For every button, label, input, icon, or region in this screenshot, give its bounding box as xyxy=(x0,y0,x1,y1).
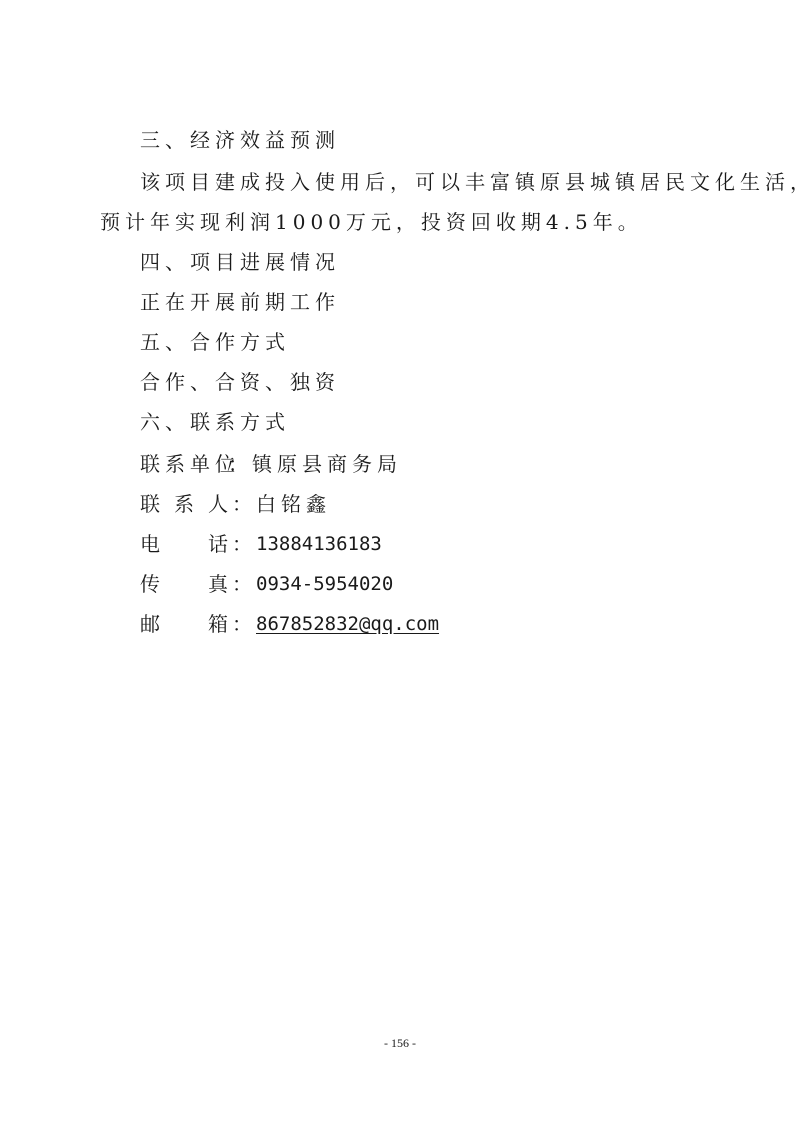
contact-phone-value: 13884136183 xyxy=(256,532,382,556)
contact-email-row: 邮 箱 ： 867852832@qq.com xyxy=(140,612,439,636)
contact-phone-label: 电 话 xyxy=(140,532,228,556)
economic-benefit-text-line1: 该项目建成投入使用后，可以丰富镇原县城镇居民文化生活， xyxy=(140,170,800,194)
economic-benefit-text-line2: 预计年实现利润1000万元，投资回收期4.5年。 xyxy=(100,210,643,234)
colon: ： xyxy=(232,492,248,516)
label-char: 箱 xyxy=(208,612,228,636)
label-char: 联 xyxy=(140,492,160,516)
section-heading-cooperation: 五、合作方式 xyxy=(140,330,290,354)
contact-unit-row: 联系单位 ： 镇原县商务局 xyxy=(140,452,402,476)
page-number: - 156 - xyxy=(0,1036,800,1051)
label-char: 话 xyxy=(208,532,228,556)
label-char: 电 xyxy=(140,532,160,556)
section-heading-contact: 六、联系方式 xyxy=(140,410,290,434)
label-char: 系 xyxy=(174,492,194,516)
contact-fax-label: 传 真 xyxy=(140,572,228,596)
contact-person-row: 联 系 人 ： 白铭鑫 xyxy=(140,492,331,516)
label-char: 邮 xyxy=(140,612,160,636)
section-heading-progress: 四、项目进展情况 xyxy=(140,250,340,274)
colon: ： xyxy=(228,452,244,476)
colon: ： xyxy=(232,612,248,636)
label-char: 真 xyxy=(208,572,228,596)
section-heading-economic-benefit: 三、经济效益预测 xyxy=(140,128,340,152)
contact-person-label: 联 系 人 xyxy=(140,492,228,516)
contact-email-label: 邮 箱 xyxy=(140,612,228,636)
cooperation-text: 合作、合资、独资 xyxy=(140,370,340,394)
label-char: 人 xyxy=(208,492,228,516)
contact-fax-value: 0934-5954020 xyxy=(256,572,393,596)
contact-phone-row: 电 话 ： 13884136183 xyxy=(140,532,382,556)
colon: ： xyxy=(232,532,248,556)
contact-unit-value: 镇原县商务局 xyxy=(252,452,402,476)
contact-email-link[interactable]: 867852832@qq.com xyxy=(256,612,439,636)
progress-text: 正在开展前期工作 xyxy=(140,290,340,314)
contact-unit-label: 联系单位 xyxy=(140,452,228,476)
label-char: 传 xyxy=(140,572,160,596)
document-page: 三、经济效益预测 该项目建成投入使用后，可以丰富镇原县城镇居民文化生活， 预计年… xyxy=(0,0,800,1131)
contact-fax-row: 传 真 ： 0934-5954020 xyxy=(140,572,393,596)
contact-person-value: 白铭鑫 xyxy=(256,492,331,516)
colon: ： xyxy=(232,572,248,596)
